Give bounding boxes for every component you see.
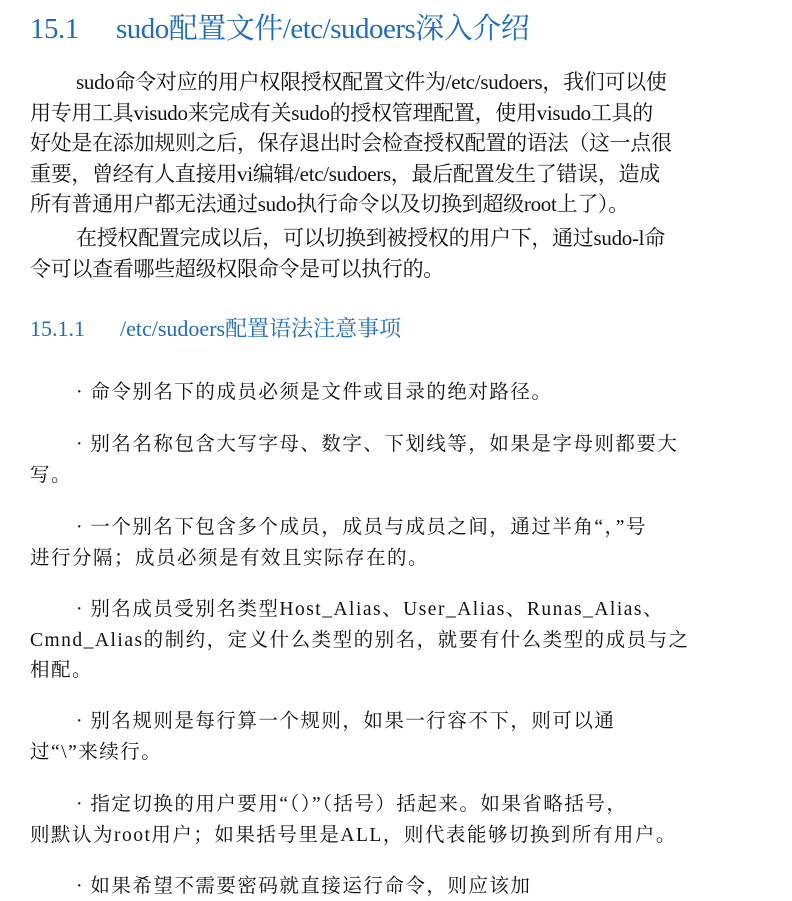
bullet-line: · 别名成员受别名类型Host_Alias、User_Alias、Runas_A… bbox=[30, 595, 760, 626]
bullet-item: · 如果希望不需要密码就直接运行命令，则应该加 bbox=[30, 872, 760, 901]
subsection-number: 15.1.1 bbox=[30, 316, 120, 342]
bullet-line: 写。 bbox=[30, 461, 760, 492]
bullet-item: · 指定切换的用户要用“（）”（括号）括起来。如果省略括号， 则默认为root用… bbox=[30, 790, 760, 851]
bullet-item: · 别名规则是每行算一个规则，如果一行容不下，则可以通 过“\”来续行。 bbox=[30, 707, 760, 768]
paragraph-line: 令可以查看哪些超级权限命令是可以执行的。 bbox=[30, 254, 750, 285]
intro-paragraph: sudo命令对应的用户权限授权配置文件为/etc/sudoers，我们可以使 用… bbox=[30, 67, 750, 220]
bullet-line: Cmnd_Alias的制约，定义什么类型的别名，就要有什么类型的成员与之 bbox=[30, 626, 760, 657]
bullet-line: · 别名规则是每行算一个规则，如果一行容不下，则可以通 bbox=[30, 707, 760, 738]
paragraph-line: sudo命令对应的用户权限授权配置文件为/etc/sudoers，我们可以使 bbox=[30, 67, 750, 98]
bullet-line: · 一个别名下包含多个成员，成员与成员之间，通过半角“，”号 bbox=[30, 513, 760, 544]
bullet-item: · 别名名称包含大写字母、数字、下划线等，如果是字母则都要大 写。 bbox=[30, 430, 760, 491]
bullet-item: · 命令别名下的成员必须是文件或目录的绝对路径。 bbox=[30, 378, 760, 409]
paragraph-line: 所有普通用户都无法通过sudo执行命令以及切换到超级root上了）。 bbox=[30, 189, 750, 220]
paragraph-line: 重要，曾经有人直接用vi编辑/etc/sudoers，最后配置发生了错误，造成 bbox=[30, 159, 750, 190]
bullet-line: 过“\”来续行。 bbox=[30, 738, 760, 769]
paragraph-line: 用专用工具visudo来完成有关sudo的授权管理配置，使用visudo工具的 bbox=[30, 98, 750, 129]
paragraph-line: 好处是在添加规则之后，保存退出时会检查授权配置的语法（这一点很 bbox=[30, 128, 750, 159]
subsection-title: /etc/sudoers配置语法注意事项 bbox=[120, 316, 401, 341]
section-title: sudo配置文件/etc/sudoers深入介绍 bbox=[116, 13, 529, 45]
paragraph-line: 在授权配置完成以后，可以切换到被授权的用户下，通过sudo-l命 bbox=[30, 223, 750, 254]
followup-paragraph: 在授权配置完成以后，可以切换到被授权的用户下，通过sudo-l命 令可以查看哪些… bbox=[30, 223, 750, 284]
subsection-heading: 15.1.1/etc/sudoers配置语法注意事项 bbox=[30, 312, 401, 343]
bullet-line: 则默认为root用户；如果括号里是ALL，则代表能够切换到所有用户。 bbox=[30, 821, 760, 852]
bullet-item: · 一个别名下包含多个成员，成员与成员之间，通过半角“，”号 进行分隔；成员必须… bbox=[30, 513, 760, 574]
bullet-line: 相配。 bbox=[30, 656, 760, 687]
bullet-line: · 指定切换的用户要用“（）”（括号）括起来。如果省略括号， bbox=[30, 790, 760, 821]
bullet-line: 进行分隔；成员必须是有效且实际存在的。 bbox=[30, 544, 760, 575]
bullet-line: · 如果希望不需要密码就直接运行命令，则应该加 bbox=[30, 872, 760, 901]
bullet-line: · 命令别名下的成员必须是文件或目录的绝对路径。 bbox=[30, 378, 760, 409]
section-heading: 15.1sudo配置文件/etc/sudoers深入介绍 bbox=[30, 6, 529, 47]
section-number: 15.1 bbox=[30, 13, 116, 46]
bullet-line: · 别名名称包含大写字母、数字、下划线等，如果是字母则都要大 bbox=[30, 430, 760, 461]
bullet-item: · 别名成员受别名类型Host_Alias、User_Alias、Runas_A… bbox=[30, 595, 760, 687]
